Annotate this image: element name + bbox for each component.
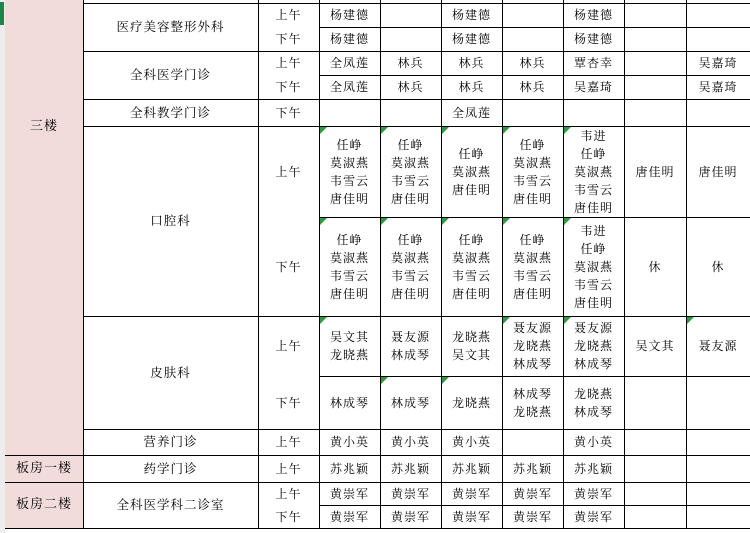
department-cell[interactable]: 全科医学科二诊室 xyxy=(83,482,258,528)
cell-text-line: 唐佳明 xyxy=(391,285,430,303)
department-cell[interactable]: 口腔科 xyxy=(83,126,258,316)
schedule-cell[interactable] xyxy=(686,482,750,505)
schedule-cell[interactable] xyxy=(502,3,563,27)
cell-text-line: 莫淑燕 xyxy=(513,249,552,267)
cell-text-line: 林兵 xyxy=(458,78,484,96)
grid-line xyxy=(686,0,687,528)
session-time-cell[interactable]: 上午 xyxy=(258,51,319,75)
grid-line xyxy=(319,505,750,506)
cell-text-line: 吴嘉琦 xyxy=(698,54,737,72)
cell-corner-flag-icon xyxy=(442,127,449,134)
schedule-spreadsheet: 上午杨建德杨建德杨建德下午杨建德杨建德杨建德医疗美容整形外科上午全凤莲林兵林兵林… xyxy=(0,0,750,533)
cell-corner-flag-icon xyxy=(442,377,449,384)
cell-corner-flag-icon xyxy=(381,377,388,384)
schedule-cell[interactable] xyxy=(502,27,563,51)
schedule-cell[interactable]: 林兵 xyxy=(502,51,563,75)
schedule-cell[interactable] xyxy=(686,27,750,51)
cell-corner-flag-icon xyxy=(503,127,510,134)
schedule-cell[interactable]: 任峥莫淑燕韦雪云唐佳明 xyxy=(380,217,441,316)
cell-text-line: 莫淑燕 xyxy=(452,249,491,267)
session-time-cell[interactable]: 上午 xyxy=(258,429,319,455)
cell-text-line: 营养门诊 xyxy=(143,433,197,451)
floor-cell[interactable]: 板房一楼 xyxy=(5,455,83,482)
schedule-cell[interactable] xyxy=(563,99,624,126)
cell-text-line: 龙晓燕 xyxy=(513,337,552,355)
schedule-cell[interactable]: 林成琴 xyxy=(319,376,380,429)
cell-text-line: 黄崇军 xyxy=(452,485,491,503)
schedule-cell[interactable] xyxy=(502,99,563,126)
schedule-cell[interactable] xyxy=(624,455,686,482)
schedule-cell[interactable]: 林兵 xyxy=(380,51,441,75)
schedule-cell[interactable] xyxy=(624,376,686,429)
cell-text-line: 龙晓燕 xyxy=(330,346,369,364)
grid-line xyxy=(624,0,625,528)
cell-text-line: 韦雪云 xyxy=(452,267,491,285)
cell-text-line: 吴嘉琦 xyxy=(574,78,613,96)
cell-text-line: 任峥 xyxy=(336,231,362,249)
schedule-cell[interactable] xyxy=(624,3,686,27)
grid-line xyxy=(319,217,750,218)
schedule-cell[interactable]: 黄崇军 xyxy=(380,505,441,528)
schedule-cell[interactable]: 林兵 xyxy=(441,51,502,75)
schedule-cell[interactable]: 聂友源 xyxy=(686,316,750,376)
cell-text-line: 林兵 xyxy=(519,54,545,72)
schedule-cell[interactable]: 黄小英 xyxy=(380,429,441,455)
cell-text-line: 苏兆颖 xyxy=(452,460,491,478)
cell-text-line: 上午 xyxy=(275,337,301,355)
cell-text-line: 韦雪云 xyxy=(574,181,613,199)
session-time-cell[interactable]: 下午 xyxy=(258,505,319,528)
cell-text-line: 休 xyxy=(711,258,724,276)
cell-text-line: 全科医学科二诊室 xyxy=(116,496,224,514)
grid-line xyxy=(380,0,381,528)
cell-text-line: 苏兆颖 xyxy=(513,460,552,478)
cell-text-line: 苏兆颖 xyxy=(330,460,369,478)
grid-line xyxy=(83,429,750,430)
cell-corner-flag-icon xyxy=(381,127,388,134)
session-time-cell[interactable]: 下午 xyxy=(258,27,319,51)
cell-text-line: 黄小英 xyxy=(391,433,430,451)
schedule-cell[interactable]: 黄崇军 xyxy=(380,482,441,505)
schedule-cell[interactable]: 黄小英 xyxy=(319,429,380,455)
schedule-cell[interactable]: 黄小英 xyxy=(563,429,624,455)
session-time-cell[interactable]: 上午 xyxy=(258,126,319,217)
schedule-cell[interactable]: 吴文其 xyxy=(624,316,686,376)
grid-line xyxy=(502,0,503,528)
cell-corner-flag-icon xyxy=(320,317,327,324)
grid-line xyxy=(319,27,750,28)
cell-text-line: 苏兆颖 xyxy=(574,460,613,478)
schedule-cell[interactable]: 任峥莫淑燕韦雪云唐佳明 xyxy=(502,126,563,217)
department-cell[interactable]: 医疗美容整形外科 xyxy=(83,3,258,51)
schedule-cell[interactable]: 黄崇军 xyxy=(441,505,502,528)
schedule-cell[interactable]: 全凤莲 xyxy=(441,99,502,126)
cell-text-line: 聂友源 xyxy=(574,319,613,337)
cell-text-line: 黄小英 xyxy=(452,433,491,451)
cell-text-line: 林兵 xyxy=(519,78,545,96)
cell-text-line: 上午 xyxy=(275,433,301,451)
cell-text-line: 林成琴 xyxy=(391,346,430,364)
grid-line xyxy=(563,0,564,528)
schedule-cell[interactable]: 苏兆颖 xyxy=(563,455,624,482)
cell-text-line: 覃杏幸 xyxy=(574,54,613,72)
cell-text-line: 吴嘉琦 xyxy=(698,78,737,96)
cell-text-line: 黄崇军 xyxy=(330,508,369,526)
schedule-cell[interactable] xyxy=(686,505,750,528)
floor-cell[interactable]: 三楼 xyxy=(5,0,83,455)
cell-text-line: 黄崇军 xyxy=(513,485,552,503)
schedule-cell[interactable] xyxy=(624,51,686,75)
schedule-cell[interactable]: 龙晓燕林成琴 xyxy=(563,376,624,429)
cell-text-line: 杨建德 xyxy=(452,30,491,48)
grid-line xyxy=(83,51,750,52)
schedule-cell[interactable]: 休 xyxy=(624,217,686,316)
schedule-cell[interactable]: 聂友源林成琴 xyxy=(380,316,441,376)
schedule-cell[interactable]: 唐佳明 xyxy=(686,126,750,217)
cell-corner-flag-icon xyxy=(564,127,571,134)
department-cell[interactable]: 药学门诊 xyxy=(83,455,258,482)
cell-corner-flag-icon xyxy=(442,218,449,225)
schedule-cell[interactable]: 黄崇军 xyxy=(563,482,624,505)
schedule-cell[interactable] xyxy=(624,27,686,51)
cell-text-line: 莫淑燕 xyxy=(574,258,613,276)
session-time-cell[interactable]: 上午 xyxy=(258,482,319,505)
cell-text-line: 医疗美容整形外科 xyxy=(116,18,224,36)
cell-text-line: 莫淑燕 xyxy=(330,249,369,267)
grid-line xyxy=(83,126,750,127)
schedule-cell[interactable] xyxy=(502,429,563,455)
cell-text-line: 上午 xyxy=(275,460,301,478)
cell-text-line: 杨建德 xyxy=(330,30,369,48)
cell-text-line: 板房二楼 xyxy=(16,496,72,514)
cell-text-line: 黄崇军 xyxy=(330,485,369,503)
cell-text-line: 下午 xyxy=(275,258,301,276)
cell-text-line: 莫淑燕 xyxy=(330,154,369,172)
floor-cell-label: 三楼 xyxy=(5,118,83,136)
cell-text-line: 上午 xyxy=(275,485,301,503)
cell-corner-flag-icon xyxy=(381,218,388,225)
schedule-cell[interactable]: 吴嘉琦 xyxy=(563,75,624,99)
cell-text-line: 吴文其 xyxy=(635,337,674,355)
cell-text-line: 黄崇军 xyxy=(574,508,613,526)
schedule-cell[interactable] xyxy=(380,99,441,126)
cell-text-line: 上午 xyxy=(275,54,301,72)
cell-text-line: 黄小英 xyxy=(330,433,369,451)
schedule-cell[interactable]: 任峥莫淑燕韦雪云唐佳明 xyxy=(319,217,380,316)
schedule-table: 上午杨建德杨建德杨建德下午杨建德杨建德杨建德医疗美容整形外科上午全凤莲林兵林兵林… xyxy=(5,0,750,528)
schedule-cell[interactable]: 任峥莫淑燕唐佳明 xyxy=(441,126,502,217)
schedule-cell[interactable]: 杨建德 xyxy=(319,3,380,27)
grid-line xyxy=(319,75,750,76)
schedule-cell[interactable]: 黄小英 xyxy=(441,429,502,455)
cell-text-line: 韦雪云 xyxy=(574,276,613,294)
cell-text-line: 口腔科 xyxy=(150,212,191,230)
cell-text-line: 韦雪云 xyxy=(391,267,430,285)
cell-text-line: 林成琴 xyxy=(391,394,430,412)
cell-text-line: 任峥 xyxy=(397,231,423,249)
cell-text-line: 下午 xyxy=(275,78,301,96)
cell-text-line: 唐佳明 xyxy=(391,190,430,208)
schedule-cell[interactable] xyxy=(686,376,750,429)
cell-text-line: 聂友源 xyxy=(391,328,430,346)
cell-corner-flag-icon xyxy=(320,218,327,225)
cell-text-line: 任峥 xyxy=(397,136,423,154)
cell-text-line: 韦进 xyxy=(580,127,606,145)
cell-text-line: 林成琴 xyxy=(513,355,552,373)
cell-text-line: 板房一楼 xyxy=(16,460,72,478)
schedule-cell[interactable]: 休 xyxy=(686,217,750,316)
cell-text-line: 全凤莲 xyxy=(452,104,491,122)
left-edge-green-cell xyxy=(0,2,4,25)
floor-cell[interactable]: 板房二楼 xyxy=(5,482,83,528)
schedule-cell[interactable]: 林兵 xyxy=(380,75,441,99)
schedule-cell[interactable] xyxy=(686,3,750,27)
schedule-cell[interactable] xyxy=(624,482,686,505)
schedule-cell[interactable] xyxy=(624,75,686,99)
schedule-cell[interactable]: 任峥莫淑燕韦雪云唐佳明 xyxy=(441,217,502,316)
cell-text-line: 杨建德 xyxy=(452,6,491,24)
cell-text-line: 龙晓燕 xyxy=(452,328,491,346)
cell-text-line: 韦雪云 xyxy=(330,267,369,285)
cell-text-line: 休 xyxy=(648,258,661,276)
schedule-cell[interactable]: 全凤莲 xyxy=(319,51,380,75)
cell-text-line: 吴文其 xyxy=(452,346,491,364)
grid-line xyxy=(441,0,442,528)
grid-line xyxy=(5,455,750,456)
schedule-cell[interactable] xyxy=(380,27,441,51)
cell-text-line: 黄崇军 xyxy=(452,508,491,526)
cell-text-line: 上午 xyxy=(275,163,301,181)
schedule-cell[interactable]: 杨建德 xyxy=(563,3,624,27)
schedule-cell[interactable]: 黄崇军 xyxy=(319,482,380,505)
schedule-cell[interactable] xyxy=(380,3,441,27)
schedule-cell[interactable] xyxy=(686,429,750,455)
cell-text-line: 任峥 xyxy=(519,231,545,249)
schedule-cell[interactable]: 任峥莫淑燕韦雪云唐佳明 xyxy=(502,217,563,316)
cell-text-line: 杨建德 xyxy=(574,6,613,24)
cell-text-line: 上午 xyxy=(275,6,301,24)
cell-text-line: 皮肤科 xyxy=(150,364,191,382)
schedule-cell[interactable] xyxy=(624,429,686,455)
cell-text-line: 杨建德 xyxy=(330,6,369,24)
cell-text-line: 唐佳明 xyxy=(635,163,674,181)
cell-text-line: 莫淑燕 xyxy=(452,163,491,181)
session-time-cell[interactable]: 下午 xyxy=(258,217,319,316)
cell-text-line: 林兵 xyxy=(397,54,423,72)
cell-text-line: 唐佳明 xyxy=(330,190,369,208)
schedule-cell[interactable] xyxy=(624,99,686,126)
cell-text-line: 林成琴 xyxy=(330,394,369,412)
schedule-cell[interactable]: 林成琴 xyxy=(380,376,441,429)
cell-text-line: 全凤莲 xyxy=(330,78,369,96)
cell-text-line: 任峥 xyxy=(519,136,545,154)
schedule-cell[interactable]: 韦进任峥莫淑燕韦雪云唐佳明 xyxy=(563,217,624,316)
session-time-cell[interactable]: 下午 xyxy=(258,75,319,99)
schedule-cell[interactable]: 吴文其龙晓燕 xyxy=(319,316,380,376)
cell-text-line: 任峥 xyxy=(458,231,484,249)
grid-line xyxy=(5,482,750,483)
cell-text-line: 全科医学门诊 xyxy=(130,66,211,84)
cell-text-line: 莫淑燕 xyxy=(574,163,613,181)
session-time-cell[interactable]: 下午 xyxy=(258,99,319,126)
cell-text-line: 韦雪云 xyxy=(391,172,430,190)
schedule-cell[interactable] xyxy=(686,455,750,482)
schedule-cell[interactable]: 聂友源龙晓燕林成琴 xyxy=(563,316,624,376)
cell-text-line: 下午 xyxy=(275,394,301,412)
cell-text-line: 下午 xyxy=(275,104,301,122)
cell-corner-flag-icon xyxy=(687,317,694,324)
cell-text-line: 任峥 xyxy=(580,240,606,258)
cell-text-line: 韦雪云 xyxy=(513,267,552,285)
schedule-cell[interactable]: 杨建德 xyxy=(319,27,380,51)
schedule-cell[interactable]: 任峥莫淑燕韦雪云唐佳明 xyxy=(319,126,380,217)
schedule-cell[interactable]: 任峥莫淑燕韦雪云唐佳明 xyxy=(380,126,441,217)
cell-text-line: 任峥 xyxy=(458,145,484,163)
cell-text-line: 全科教学门诊 xyxy=(130,104,211,122)
schedule-cell[interactable]: 杨建德 xyxy=(563,27,624,51)
schedule-cell[interactable]: 唐佳明 xyxy=(624,126,686,217)
schedule-cell[interactable] xyxy=(319,99,380,126)
cell-text-line: 莫淑燕 xyxy=(391,154,430,172)
cell-text-line: 龙晓燕 xyxy=(452,394,491,412)
grid-line xyxy=(83,0,84,528)
department-cell[interactable]: 全科医学门诊 xyxy=(83,51,258,99)
cell-text-line: 唐佳明 xyxy=(574,294,613,312)
schedule-cell[interactable] xyxy=(624,505,686,528)
cell-text-line: 黄崇军 xyxy=(574,485,613,503)
schedule-cell[interactable] xyxy=(686,99,750,126)
schedule-cell[interactable]: 黄崇军 xyxy=(441,482,502,505)
grid-line xyxy=(83,316,750,317)
cell-text-line: 任峥 xyxy=(336,136,362,154)
grid-line xyxy=(258,0,259,528)
schedule-cell[interactable]: 杨建德 xyxy=(441,27,502,51)
cell-text-line: 莫淑燕 xyxy=(391,249,430,267)
cell-text-line: 韦雪云 xyxy=(330,172,369,190)
schedule-cell[interactable]: 苏兆颖 xyxy=(441,455,502,482)
cell-text-line: 林成琴 xyxy=(574,403,613,421)
schedule-cell[interactable]: 林兵 xyxy=(441,75,502,99)
department-cell[interactable]: 营养门诊 xyxy=(83,429,258,455)
cell-text-line: 下午 xyxy=(275,508,301,526)
schedule-cell[interactable]: 吴嘉琦 xyxy=(686,75,750,99)
cell-text-line: 下午 xyxy=(275,30,301,48)
cell-corner-flag-icon xyxy=(564,317,571,324)
schedule-cell[interactable]: 覃杏幸 xyxy=(563,51,624,75)
schedule-cell[interactable]: 吴嘉琦 xyxy=(686,51,750,75)
cell-corner-flag-icon xyxy=(564,218,571,225)
cell-text-line: 苏兆颖 xyxy=(391,460,430,478)
cell-text-line: 韦进 xyxy=(580,222,606,240)
cell-text-line: 林成琴 xyxy=(574,355,613,373)
session-time-cell[interactable]: 下午 xyxy=(258,376,319,429)
cell-corner-flag-icon xyxy=(503,218,510,225)
schedule-cell[interactable]: 黄崇军 xyxy=(502,505,563,528)
cell-text-line: 黄崇军 xyxy=(513,508,552,526)
cell-text-line: 黄崇军 xyxy=(391,485,430,503)
grid-line xyxy=(83,99,750,100)
cell-text-line: 林兵 xyxy=(458,54,484,72)
department-cell[interactable]: 全科教学门诊 xyxy=(83,99,258,126)
schedule-cell[interactable]: 全凤莲 xyxy=(319,75,380,99)
cell-text-line: 韦雪云 xyxy=(513,172,552,190)
cell-text-line: 唐佳明 xyxy=(330,285,369,303)
department-cell[interactable]: 皮肤科 xyxy=(83,316,258,429)
cell-text-line: 黄小英 xyxy=(574,433,613,451)
grid-line xyxy=(319,0,320,528)
cell-text-line: 龙晓燕 xyxy=(513,403,552,421)
cell-text-line: 龙晓燕 xyxy=(574,385,613,403)
cell-text-line: 吴文其 xyxy=(330,328,369,346)
schedule-cell[interactable]: 林成琴龙晓燕 xyxy=(502,376,563,429)
schedule-cell[interactable]: 苏兆颖 xyxy=(502,455,563,482)
cell-text-line: 莫淑燕 xyxy=(513,154,552,172)
cell-text-line: 龙晓燕 xyxy=(574,337,613,355)
grid-line xyxy=(83,3,750,4)
schedule-cell[interactable]: 苏兆颖 xyxy=(319,455,380,482)
grid-line xyxy=(319,376,750,377)
schedule-cell[interactable]: 黄崇军 xyxy=(319,505,380,528)
cell-text-line: 任峥 xyxy=(580,145,606,163)
cell-text-line: 唐佳明 xyxy=(452,285,491,303)
session-time-cell[interactable]: 上午 xyxy=(258,455,319,482)
schedule-cell[interactable]: 龙晓燕吴文其 xyxy=(441,316,502,376)
cell-text-line: 黄崇军 xyxy=(391,508,430,526)
cell-text-line: 全凤莲 xyxy=(330,54,369,72)
cell-text-line: 聂友源 xyxy=(513,319,552,337)
cell-text-line: 唐佳明 xyxy=(513,285,552,303)
schedule-cell[interactable]: 杨建德 xyxy=(441,3,502,27)
session-time-cell[interactable]: 上午 xyxy=(258,316,319,376)
cell-text-line: 药学门诊 xyxy=(143,460,197,478)
cell-text-line: 唐佳明 xyxy=(698,163,737,181)
schedule-cell[interactable]: 黄崇军 xyxy=(502,482,563,505)
grid-line xyxy=(5,528,750,529)
cell-corner-flag-icon xyxy=(503,317,510,324)
schedule-cell[interactable]: 聂友源龙晓燕林成琴 xyxy=(502,316,563,376)
cell-text-line: 唐佳明 xyxy=(574,199,613,217)
cell-text-line: 林成琴 xyxy=(513,385,552,403)
schedule-cell[interactable]: 龙晓燕 xyxy=(441,376,502,429)
schedule-cell[interactable]: 韦进任峥莫淑燕韦雪云唐佳明 xyxy=(563,126,624,217)
schedule-cell[interactable]: 黄崇军 xyxy=(563,505,624,528)
cell-corner-flag-icon xyxy=(320,127,327,134)
cell-text-line: 聂友源 xyxy=(698,337,737,355)
schedule-cell[interactable]: 林兵 xyxy=(502,75,563,99)
cell-text-line: 唐佳明 xyxy=(513,190,552,208)
cell-text-line: 杨建德 xyxy=(574,30,613,48)
schedule-cell[interactable]: 苏兆颖 xyxy=(380,455,441,482)
cell-text-line: 林兵 xyxy=(397,78,423,96)
session-time-cell[interactable]: 上午 xyxy=(258,3,319,27)
cell-text-line: 唐佳明 xyxy=(452,181,491,199)
